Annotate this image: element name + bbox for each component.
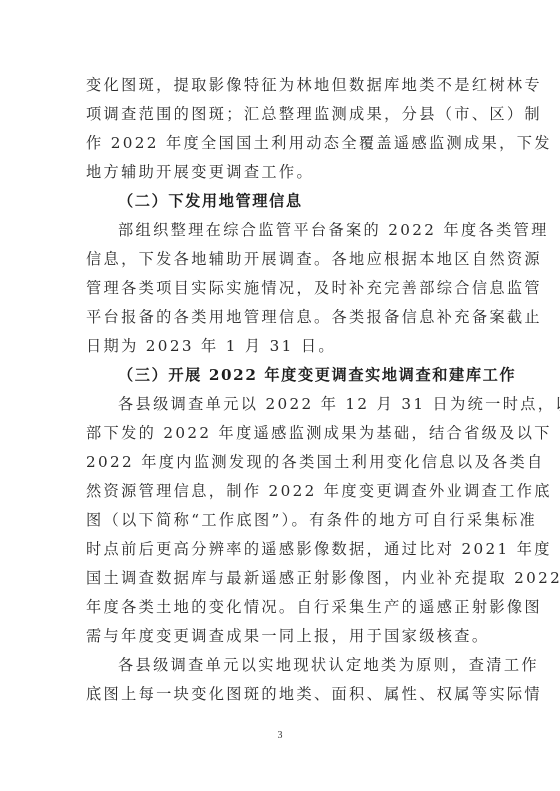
text-line: 时点前后更高分辨率的遥感影像数据，通过比对 2021 年度	[86, 535, 474, 564]
section-heading-2: （二）下发用地管理信息	[86, 187, 474, 216]
document-body: 变化图斑，提取影像特征为林地但数据库地类不是红树林专 项调查范围的图斑；汇总整理…	[86, 71, 474, 709]
text-line: 底图上每一块变化图斑的地类、面积、属性、权属等实际情	[86, 680, 474, 709]
text-line: 国土调查数据库与最新遥感正射影像图，内业补充提取 2022	[86, 564, 474, 593]
text-line: 变化图斑，提取影像特征为林地但数据库地类不是红树林专	[86, 71, 474, 100]
text-line: 地方辅助开展变更调查工作。	[86, 158, 474, 187]
paragraph-start: 各县级调查单元以实地现状认定地类为原则，查清工作	[86, 651, 474, 680]
text-line: 信息，下发各地辅助开展调查。各地应根据本地区自然资源	[86, 245, 474, 274]
text-line: 2022 年度内监测发现的各类国土利用变化信息以及各类自	[86, 448, 474, 477]
text-line: 平台报备的各类用地管理信息。各类报备信息补充备案截止	[86, 303, 474, 332]
text-line: 项调查范围的图斑；汇总整理监测成果，分县（市、区）制	[86, 100, 474, 129]
page-number: 3	[0, 730, 560, 741]
paragraph-start: 各县级调查单元以 2022 年 12 月 31 日为统一时点，以	[86, 390, 474, 419]
text-line: 部下发的 2022 年度遥感监测成果为基础，结合省级及以下	[86, 419, 474, 448]
text-line: 日期为 2023 年 1 月 31 日。	[86, 332, 474, 361]
text-line: 需与年度变更调查成果一同上报，用于国家级核查。	[86, 622, 474, 651]
text-line: 图（以下简称“工作底图”）。有条件的地方可自行采集标准	[86, 506, 474, 535]
text-line: 年度各类土地的变化情况。自行采集生产的遥感正射影像图	[86, 593, 474, 622]
text-line: 管理各类项目实际实施情况，及时补充完善部综合信息监管	[86, 274, 474, 303]
section-heading-3: （三）开展 2022 年度变更调查实地调查和建库工作	[86, 361, 474, 390]
text-line: 作 2022 年度全国国土利用动态全覆盖遥感监测成果，下发	[86, 129, 474, 158]
paragraph-start: 部组织整理在综合监管平台备案的 2022 年度各类管理	[86, 216, 474, 245]
text-line: 然资源管理信息，制作 2022 年度变更调查外业调查工作底	[86, 477, 474, 506]
document-page: 变化图斑，提取影像特征为林地但数据库地类不是红树林专 项调查范围的图斑；汇总整理…	[0, 0, 560, 791]
